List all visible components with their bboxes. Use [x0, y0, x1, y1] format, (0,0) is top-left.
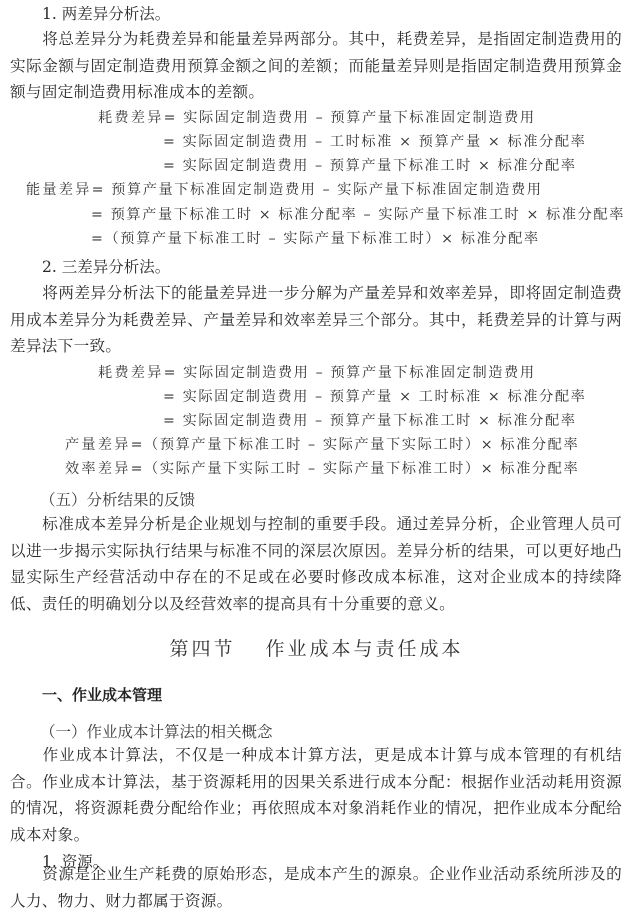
- formula-line: = 实际固定制造费用 – 预算产量下标准工时 × 标准分配率: [163, 156, 577, 176]
- paragraph-activity-costing: 作业成本计算法，不仅是一种成本计算方法，更是成本计算与成本管理的有机结合。作业成…: [10, 742, 622, 848]
- paragraph-text: 作业成本计算法，不仅是一种成本计算方法，更是成本计算与成本管理的有机结合。作业成…: [10, 746, 622, 844]
- formula-expression: =（预算产量下标准工时 – 实际产量下标准工时）× 标准分配率: [91, 231, 540, 247]
- heading-three-variance-method: 2. 三差异分析法。: [42, 257, 170, 277]
- chapter-title-text: 作业成本与责任成本: [266, 638, 464, 660]
- formula-expression: =（预算产量下标准工时 – 实际产量下实际工时）× 标准分配率: [131, 437, 580, 453]
- formula-line: 耗费差异= 实际固定制造费用 – 预算产量下标准固定制造费用: [98, 363, 536, 383]
- formula-label: 耗费差异: [98, 110, 164, 126]
- heading-analysis-feedback: （五）分析结果的反馈: [40, 490, 195, 510]
- paragraph-resources: 资源是企业生产耗费的原始形态，是成本产生的源泉。企业作业活动系统所涉及的人力、物…: [10, 861, 622, 911]
- paragraph-text: 资源是企业生产耗费的原始形态，是成本产生的源泉。企业作业活动系统所涉及的人力、物…: [10, 865, 622, 910]
- heading-two-variance-method: 1. 两差异分析法。: [42, 4, 170, 24]
- formula-line: = 实际固定制造费用 – 预算产量下标准工时 × 标准分配率: [163, 411, 577, 431]
- paragraph-text: 将两差异分析法下的能量差异进一步分解为产量差异和效率差异，即将固定制造费用成本差…: [10, 284, 622, 355]
- formula-line: = 实际固定制造费用 – 预算产量 × 工时标准 × 标准分配率: [163, 387, 586, 407]
- formula-line: 能量差异= 预算产量下标准固定制造费用 – 实际产量下标准固定制造费用: [26, 180, 543, 200]
- heading-activity-cost-management: 一、作业成本管理: [42, 684, 162, 705]
- formula-line: 效率差异=（实际产量下实际工时 – 实际产量下标准工时）× 标准分配率: [65, 459, 579, 479]
- formula-expression: = 实际固定制造费用 – 预算产量下标准固定制造费用: [164, 110, 536, 126]
- formula-label: 产量差异: [65, 437, 131, 453]
- formula-expression: = 实际固定制造费用 – 预算产量下标准固定制造费用: [164, 365, 536, 381]
- formula-label: 耗费差异: [98, 365, 164, 381]
- formula-expression: = 实际固定制造费用 – 预算产量下标准工时 × 标准分配率: [163, 158, 577, 174]
- formula-label: 能量差异: [26, 182, 92, 198]
- formula-expression: = 实际固定制造费用 – 工时标准 × 预算产量 × 标准分配率: [163, 134, 586, 150]
- formula-line: 产量差异=（预算产量下标准工时 – 实际产量下实际工时）× 标准分配率: [65, 435, 579, 455]
- paragraph-analysis-feedback: 标准成本差异分析是企业规划与控制的重要手段。通过差异分析，企业管理人员可以进一步…: [10, 511, 622, 617]
- chapter-number: 第四节: [169, 638, 235, 660]
- formula-line: =（预算产量下标准工时 – 实际产量下标准工时）× 标准分配率: [91, 229, 540, 249]
- formula-line: = 预算产量下标准工时 × 标准分配率 – 实际产量下标准工时 × 标准分配率: [91, 205, 625, 225]
- paragraph-text: 标准成本差异分析是企业规划与控制的重要手段。通过差异分析，企业管理人员可以进一步…: [10, 515, 622, 613]
- formula-label: 效率差异: [65, 461, 131, 477]
- formula-expression: = 实际固定制造费用 – 预算产量下标准工时 × 标准分配率: [163, 413, 577, 429]
- paragraph-two-variance: 将总差异分为耗费差异和能量差异两部分。其中，耗费差异，是指固定制造费用的实际金额…: [10, 26, 622, 106]
- formula-expression: =（实际产量下实际工时 – 实际产量下标准工时）× 标准分配率: [131, 461, 580, 477]
- chapter-title: 第四节作业成本与责任成本: [0, 634, 633, 661]
- subheading-concepts: （一）作业成本计算法的相关概念: [40, 722, 273, 742]
- formula-line: = 实际固定制造费用 – 工时标准 × 预算产量 × 标准分配率: [163, 132, 586, 152]
- paragraph-three-variance: 将两差异分析法下的能量差异进一步分解为产量差异和效率差异，即将固定制造费用成本差…: [10, 280, 622, 360]
- formula-expression: = 预算产量下标准固定制造费用 – 实际产量下标准固定制造费用: [92, 182, 543, 198]
- paragraph-text: 将总差异分为耗费差异和能量差异两部分。其中，耗费差异，是指固定制造费用的实际金额…: [10, 30, 622, 101]
- formula-line: 耗费差异= 实际固定制造费用 – 预算产量下标准固定制造费用: [98, 108, 536, 128]
- formula-expression: = 实际固定制造费用 – 预算产量 × 工时标准 × 标准分配率: [163, 389, 586, 405]
- formula-expression: = 预算产量下标准工时 × 标准分配率 – 实际产量下标准工时 × 标准分配率: [91, 207, 625, 223]
